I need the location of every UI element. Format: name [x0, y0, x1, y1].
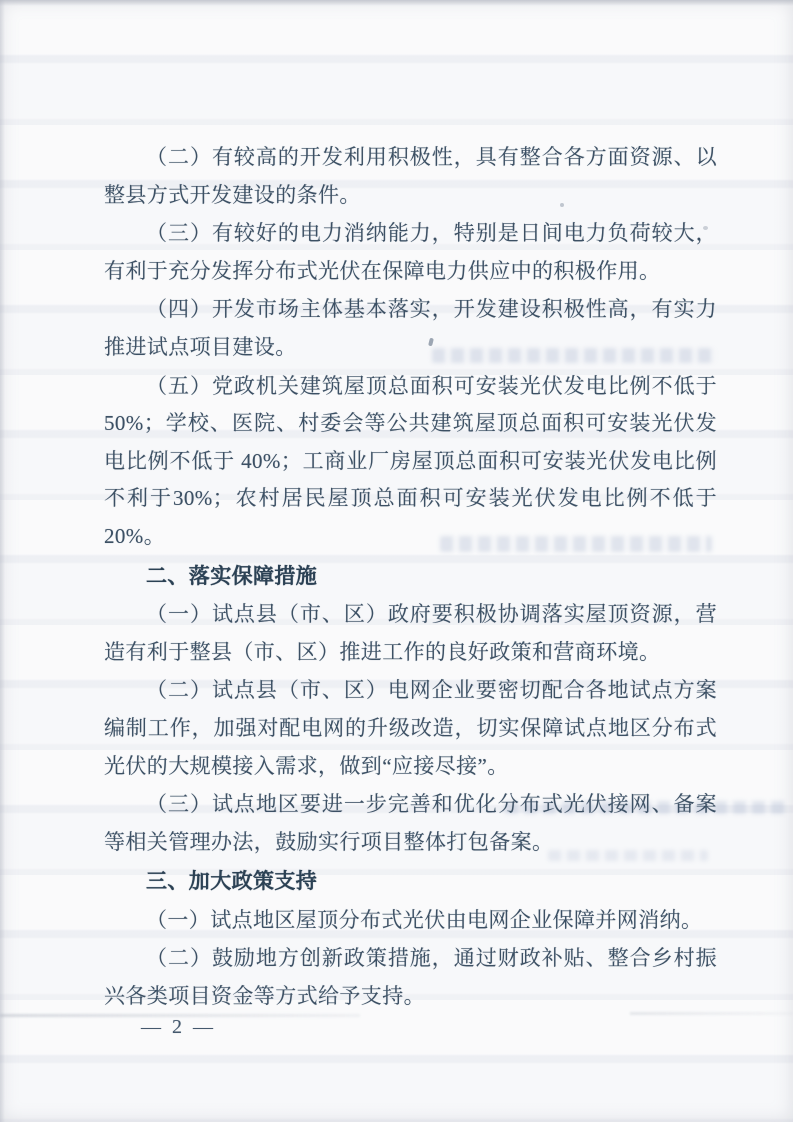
paragraph-safeguard-2: （二）试点县（市、区）电网企业要密切配合各地试点方案编制工作，加强对配电网的升级… — [104, 672, 717, 785]
paragraph-condition-2: （二）有较高的开发利用积极性，具有整合各方面资源、以整县方式开发建设的条件。 — [104, 139, 717, 214]
paragraph-condition-5: （五）党政机关建筑屋顶总面积可安装光伏发电比例不低于50%；学校、医院、村委会等… — [104, 368, 717, 556]
section-heading-3-policy: 三、加大政策支持 — [104, 863, 717, 901]
scan-left-edge-shadow — [0, 0, 5, 1122]
paragraph-safeguard-3: （三）试点地区要进一步完善和优化分布式光伏接网、备案等相关管理办法，鼓励实行项目… — [104, 786, 717, 861]
scanned-document-page: （二）有较高的开发利用积极性，具有整合各方面资源、以整县方式开发建设的条件。 （… — [0, 0, 793, 1122]
paragraph-condition-3: （三）有较好的电力消纳能力，特别是日间电力负荷较大，有利于充分发挥分布式光伏在保… — [104, 215, 717, 290]
section-heading-2-safeguards: 二、落实保障措施 — [104, 558, 717, 596]
paragraph-policy-2: （二）鼓励地方创新政策措施，通过财政补贴、整合乡村振兴各类项目资金等方式给予支持… — [104, 940, 717, 1015]
paragraph-condition-4: （四）开发市场主体基本落实，开发建设积极性高，有实力推进试点项目建设。 — [104, 291, 717, 366]
document-body-text: （二）有较高的开发利用积极性，具有整合各方面资源、以整县方式开发建设的条件。 （… — [104, 139, 717, 1017]
page-number: — 2 — — [141, 1016, 216, 1039]
paragraph-safeguard-1: （一）试点县（市、区）政府要积极协调落实屋顶资源，营造有利于整县（市、区）推进工… — [104, 596, 717, 671]
paragraph-policy-1: （一）试点地区屋顶分布式光伏由电网企业保障并网消纳。 — [104, 902, 717, 940]
scan-top-edge-shadow — [0, 0, 793, 6]
